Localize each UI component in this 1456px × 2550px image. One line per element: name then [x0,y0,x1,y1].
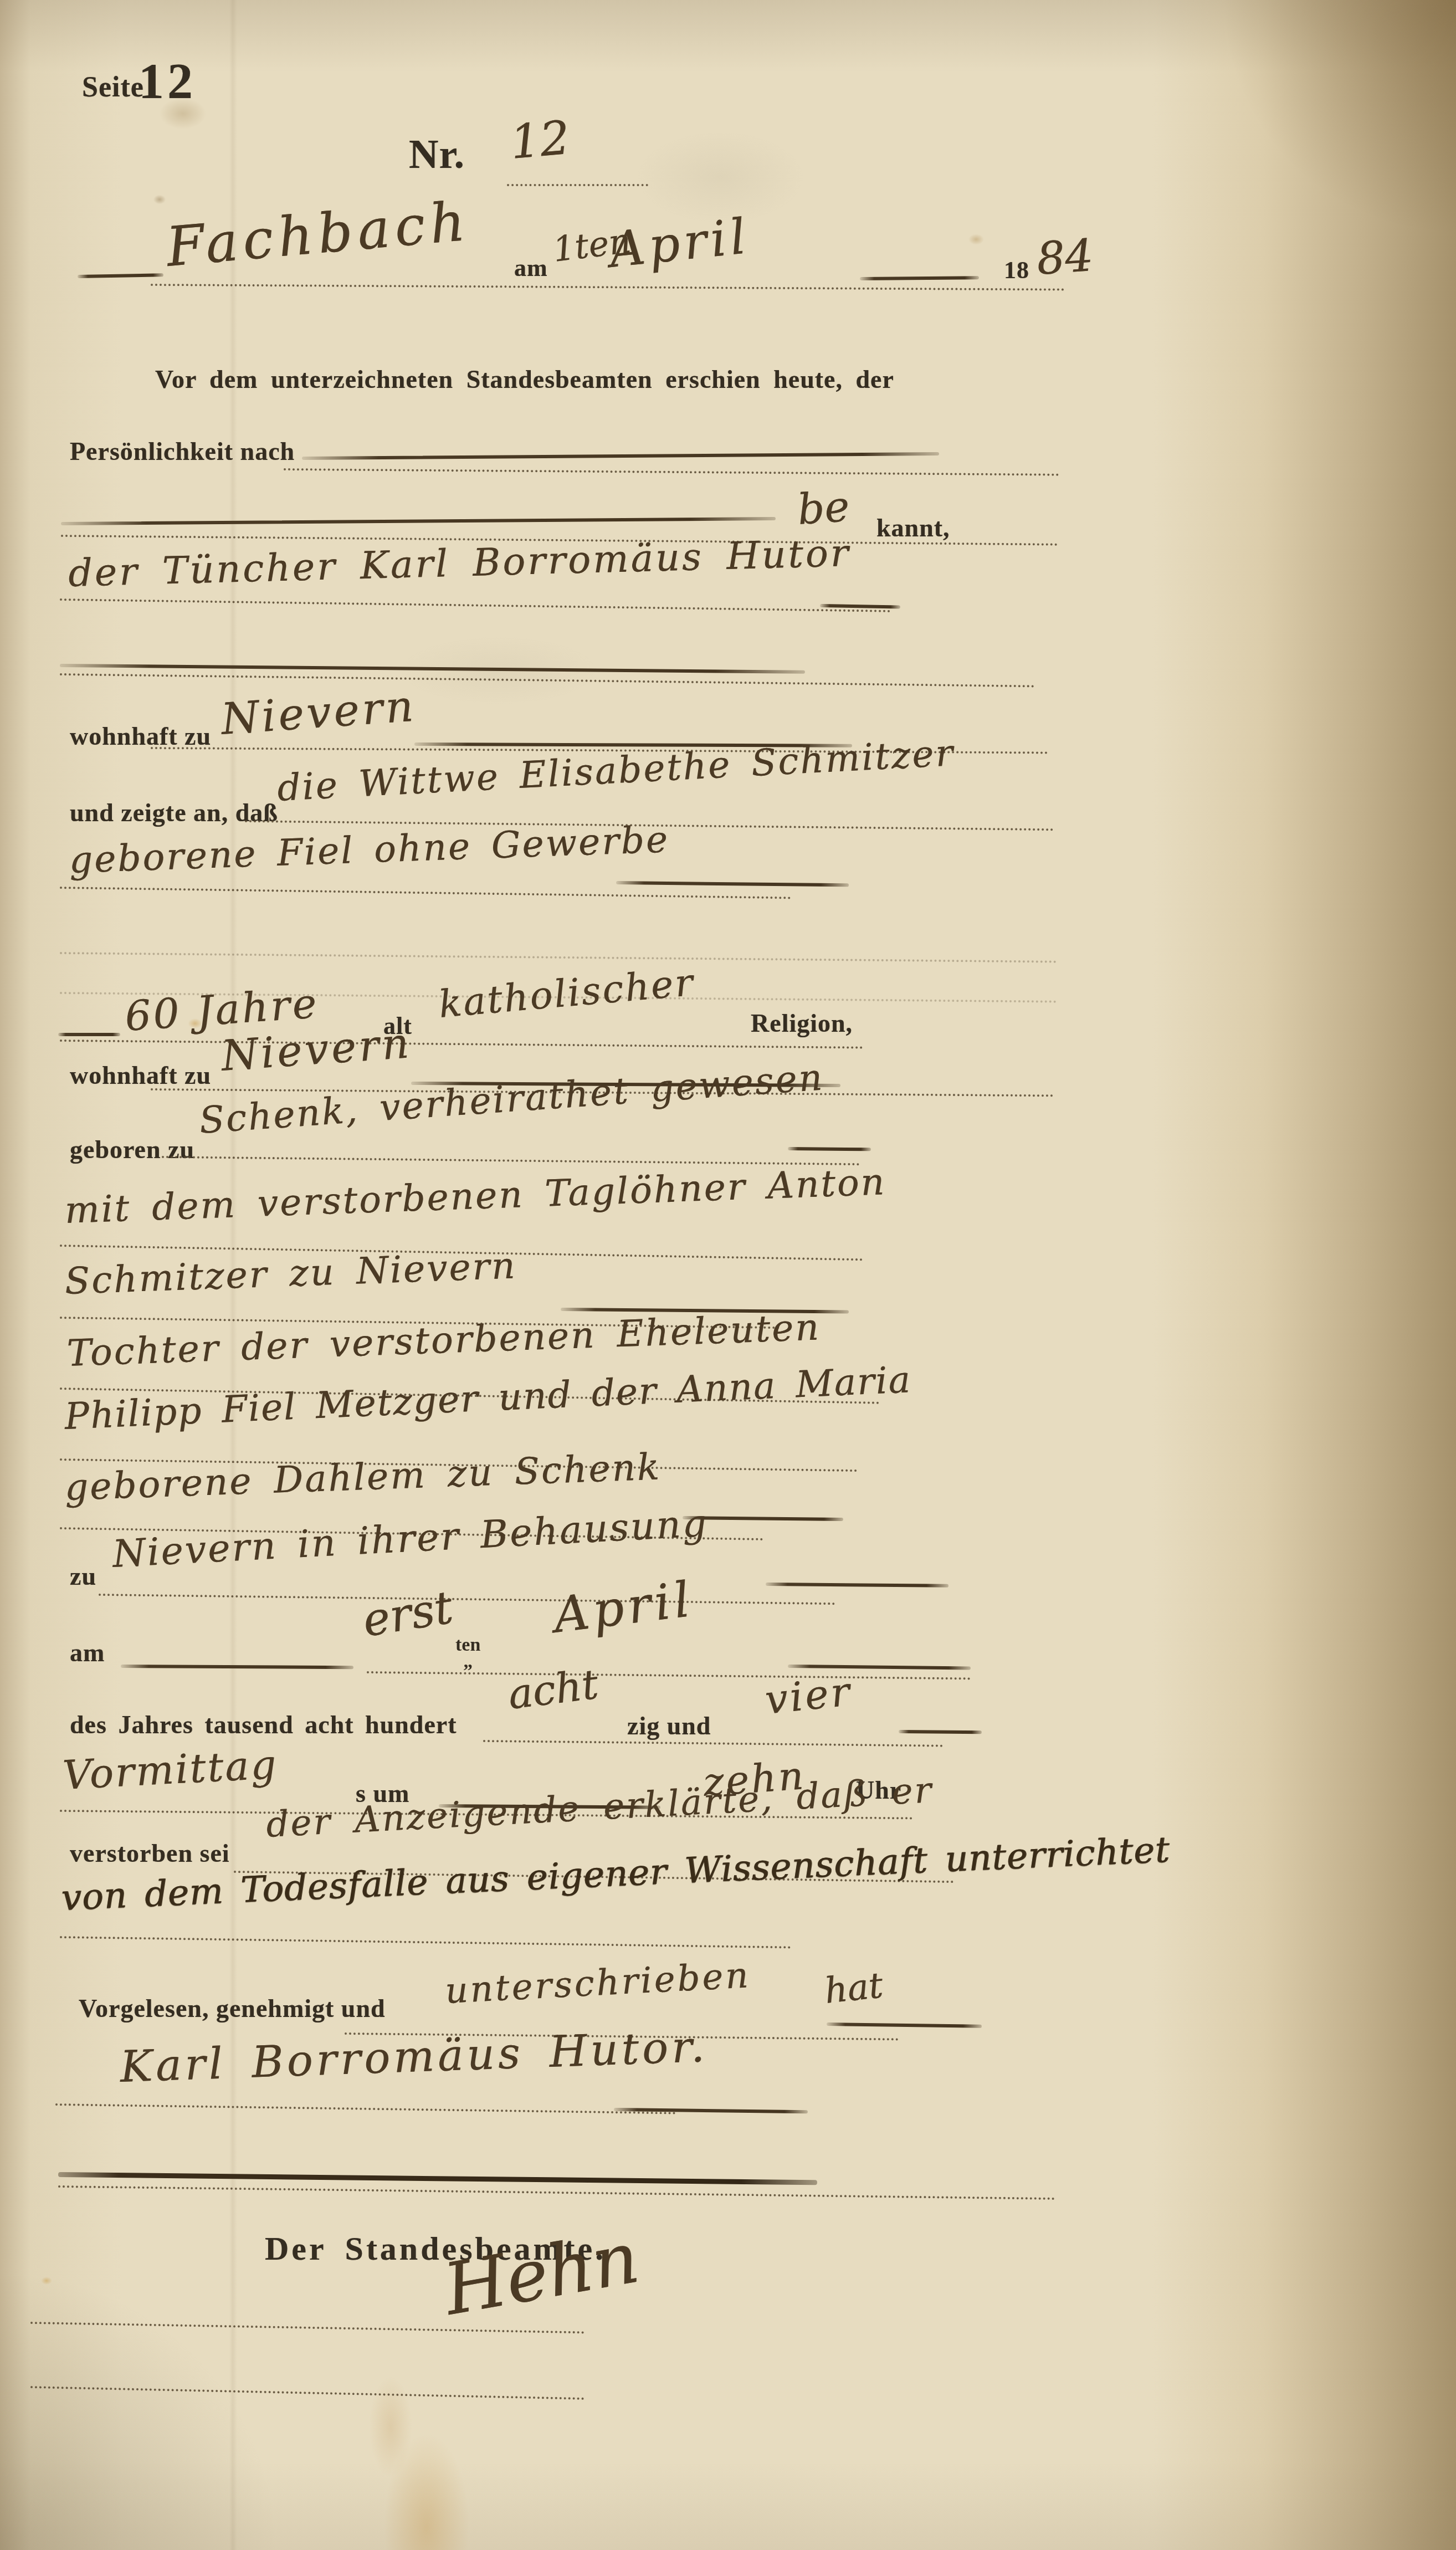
dotted-rule [60,598,891,612]
ink-stroke [60,664,805,674]
ink-stroke [121,1665,353,1669]
marriage-line2: Schmitzer zu Nievern [64,1248,517,1300]
known-label: kannt, [876,515,950,541]
ink-stroke [899,1730,982,1734]
ink-stroke [788,1665,971,1670]
dotted-rule [58,2185,1055,2200]
death-year-label: des Jahres tausend acht hundert [70,1712,457,1738]
closing-read-value: unterschrieben [444,1958,751,2009]
informant-line: der Tüncher Karl Borromäus Hutor [68,535,851,593]
ink-stroke [860,276,979,280]
statement-line3: hat [823,1968,884,2009]
death-daypart: Vormittag [61,1744,279,1795]
date-month: April [607,212,752,275]
date-year-printed: 18 [1004,258,1029,283]
religion-label: Religion, [751,1011,853,1036]
dotted-rule [151,284,1065,291]
known-handwritten: be [796,485,851,531]
dotted-rule [162,1156,860,1165]
ink-stroke [820,604,900,609]
informant-signature: Karl Borromäus Hutor. [119,2025,708,2089]
dotted-rule [30,2322,585,2333]
dotted-rule [60,952,1057,963]
record-number-label: Nr. [409,134,465,175]
birthplace-label: geboren zu [70,1137,194,1163]
ink-stroke [766,1583,949,1588]
place-name: Fachbach [164,194,471,275]
dotted-rule [284,468,1059,476]
dotted-rule [60,887,791,899]
death-place-label: zu [70,1564,96,1589]
death-month-value: April [551,1575,696,1640]
death-year-ones: vier [763,1671,853,1720]
intro-line: Vor dem unterzeichneten Standesbeamten e… [155,367,894,392]
dotted-rule [60,673,1035,688]
ink-stroke [788,1147,871,1151]
closing-read-label: Vorgelesen, genehmigt und [79,1996,386,2021]
record-number: 12 [509,114,572,166]
page-number: 12 [139,55,196,106]
residence-label: wohnhaft zu [70,724,211,749]
dotted-rule [55,2103,676,2114]
ink-stroke [58,2172,817,2185]
ink-stroke [827,2022,982,2028]
page-number-label: Seite [82,73,144,102]
marriage-line1: mit dem verstorbenen Taglöhner Anton [64,1164,886,1229]
death-place-value: Nievern in ihrer Behausung [111,1505,709,1574]
date-year-handwritten: 84 [1035,233,1094,281]
death-day-value: erst [360,1585,456,1644]
ink-stroke [61,517,776,525]
death-date-label: am [70,1640,105,1666]
death-year-tens: acht [506,1664,601,1716]
ink-stroke [616,881,849,887]
ink-stroke [78,273,163,278]
dotted-rule [60,1040,863,1049]
residence2-value: Nievern [220,1022,413,1077]
dotted-rule [507,184,648,186]
ink-stroke [302,452,939,460]
parents-line3: geborene Dahlem zu Schenk [64,1448,662,1506]
death-register-page: Seite 12 Nr. 12 Fachbach am 1ten April 1… [0,0,1456,2550]
dotted-rule [367,1671,971,1679]
dotted-rule [99,1594,835,1605]
personality-label: Persönlichkeit nach [70,439,295,464]
residence-value: Nievern [220,685,418,741]
date-am-label: am [514,256,548,280]
death-day-suffix: ten „ [455,1636,480,1671]
dotted-rule [60,1936,791,1948]
death-verb-label: verstorben sei [70,1841,230,1866]
dotted-rule [30,2386,585,2400]
ink-stroke [58,1033,120,1036]
dotted-rule [483,1740,943,1747]
residence2-label: wohnhaft zu [70,1063,211,1088]
religion-value: katholischer [437,964,696,1024]
report-line2: geborene Fiel ohne Gewerbe [69,821,670,879]
parents-line2: Philipp Fiel Metzger und der Anna Maria [64,1361,912,1435]
death-year-join: zig und [627,1713,711,1739]
